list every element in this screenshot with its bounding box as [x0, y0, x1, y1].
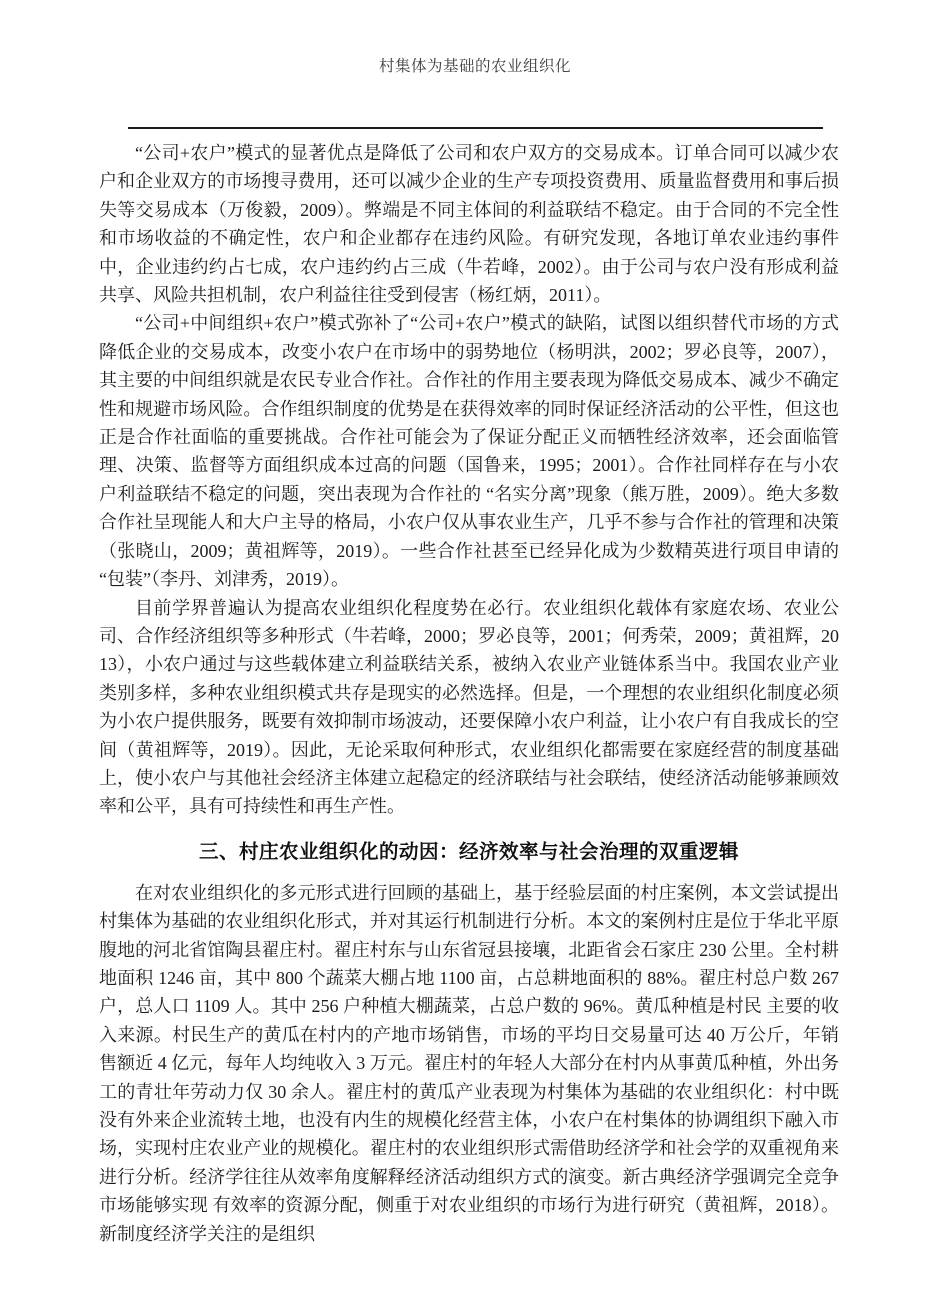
section-heading: 三、村庄农业组织化的动因：经济效率与社会治理的双重逻辑 — [99, 838, 839, 866]
document-body: “公司+农户”模式的显著优点是降低了公司和农户双方的交易成本。订单合同可以减少农… — [99, 139, 839, 1248]
body-paragraph: “公司+中间组织+农户”模式弥补了“公司+农户”模式的缺陷，试图以组织替代市场的… — [99, 309, 839, 593]
page-header-title: 村集体为基础的农业组织化 — [0, 54, 950, 76]
body-paragraph: “公司+农户”模式的显著优点是降低了公司和农户双方的交易成本。订单合同可以减少农… — [99, 139, 839, 309]
body-paragraph: 目前学界普遍认为提高农业组织化程度势在必行。农业组织化载体有家庭农场、农业公司、… — [99, 594, 839, 821]
body-paragraph: 在对农业组织化的多元形式进行回顾的基础上，基于经验层面的村庄案例，本文尝试提出村… — [99, 879, 839, 1248]
header-rule — [128, 127, 823, 129]
document-page: 村集体为基础的农业组织化 “公司+农户”模式的显著优点是降低了公司和农户双方的交… — [0, 0, 950, 1290]
